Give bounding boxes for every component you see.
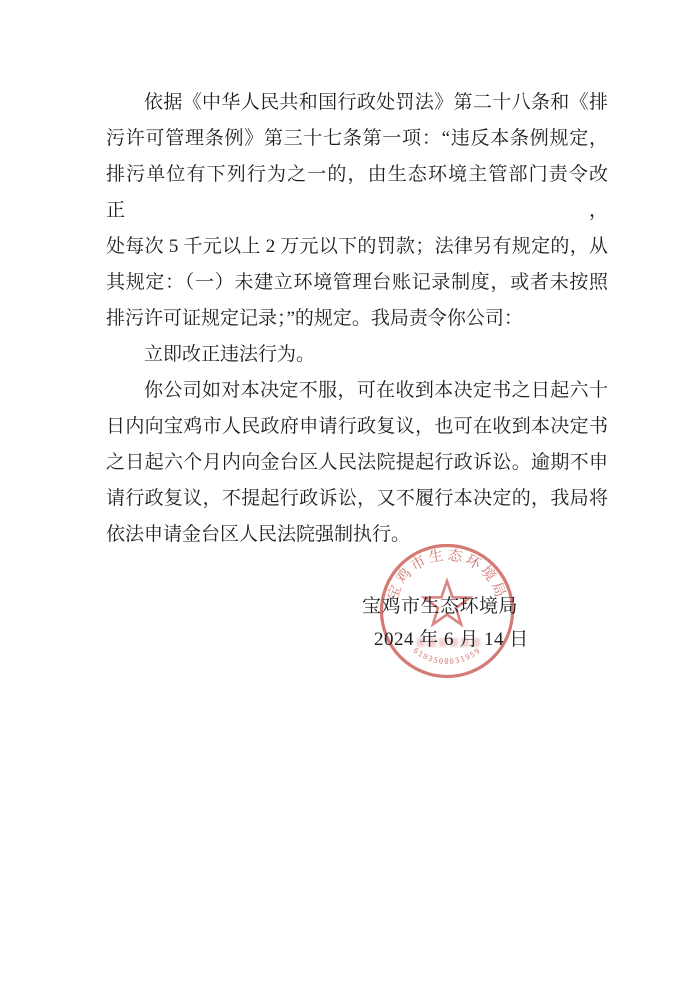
- agency-name: 宝鸡市生态环境局: [362, 591, 518, 618]
- signature-date: 2024 年 6 月 14 日: [374, 624, 529, 651]
- body-line: 排污许可证规定记录；”的规定。我局责令你公司：: [106, 301, 608, 337]
- body-line: 之日起六个月内向金台区人民法院提起行政诉讼。逾期不申: [106, 445, 608, 481]
- body-line: 你公司如对本决定不服，可在收到本决定书之日起六十: [106, 373, 608, 409]
- body-line: 污许可管理条例》第三十七条第一项：“违反本条例规定，: [106, 121, 608, 157]
- body-line: 排污单位有下列行为之一的，由生态环境主管部门责令改正，: [106, 157, 608, 229]
- body-line: 日内向宝鸡市人民政府申请行政复议，也可在收到本决定书: [106, 409, 608, 445]
- body-line: 立即改正违法行为。: [106, 337, 608, 373]
- document-body: 依据《中华人民共和国行政处罚法》第二十八条和《排 污许可管理条例》第三十七条第一…: [106, 85, 608, 553]
- body-line: 请行政复议，不提起行政诉讼，又不履行本决定的，我局将: [106, 481, 608, 517]
- body-line: 依据《中华人民共和国行政处罚法》第二十八条和《排: [106, 85, 608, 121]
- paragraph-appeal-rights: 你公司如对本决定不服，可在收到本决定书之日起六十 日内向宝鸡市人民政府申请行政复…: [106, 373, 608, 553]
- body-line: 处每次 5 千元以上 2 万元以下的罚款；法律另有规定的，从: [106, 229, 608, 265]
- body-line: 依法申请金台区人民法院强制执行。: [106, 517, 608, 553]
- paragraph-legal-basis: 依据《中华人民共和国行政处罚法》第二十八条和《排 污许可管理条例》第三十七条第一…: [106, 85, 608, 337]
- document-page: 依据《中华人民共和国行政处罚法》第二十八条和《排 污许可管理条例》第三十七条第一…: [0, 0, 700, 999]
- body-line: 其规定：（一）未建立环境管理台账记录制度，或者未按照: [106, 265, 608, 301]
- paragraph-order: 立即改正违法行为。: [106, 337, 608, 373]
